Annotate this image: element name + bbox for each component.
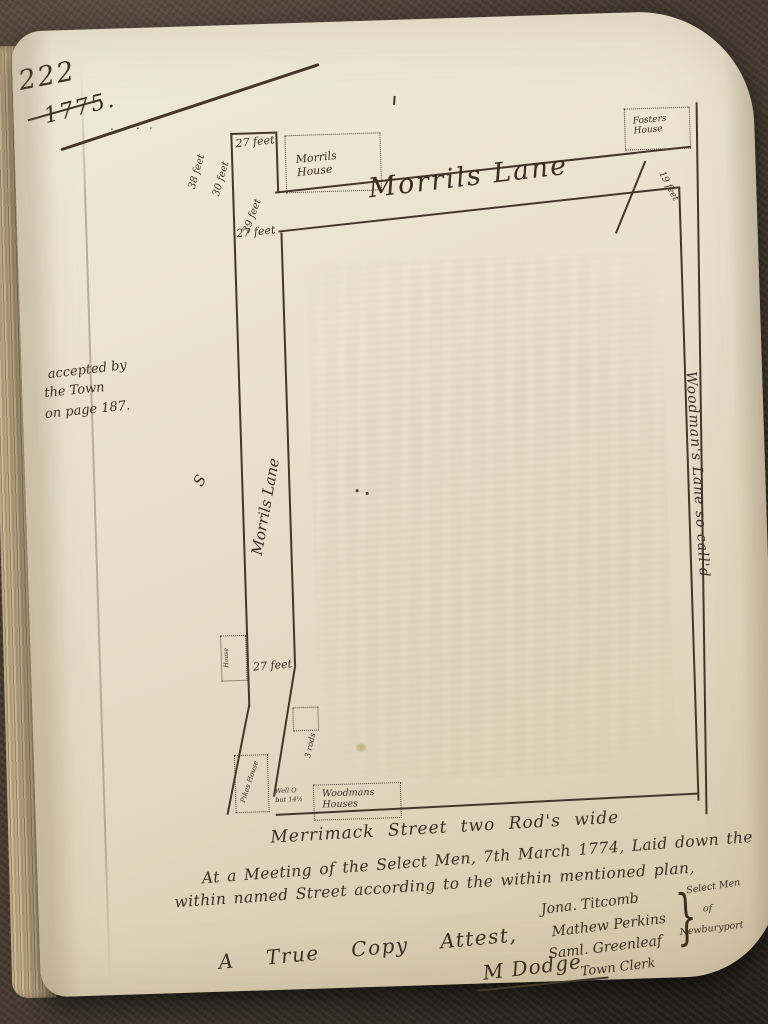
page-number: 222	[16, 56, 78, 97]
ink-dot-1	[356, 489, 359, 492]
year-trailing-dots: . . . .	[110, 119, 156, 133]
page-crease	[80, 66, 111, 986]
fosters-house-label: Fosters House	[632, 113, 680, 137]
well-note-line1: Well O	[275, 787, 297, 795]
plan-line-19feet-tick	[615, 161, 646, 234]
fosters-house-box: Fosters House	[624, 107, 691, 151]
right-lane-name: Woodman's Lane so call'd	[677, 294, 717, 654]
woodmans-houses-box: Woodmans Houses	[313, 782, 402, 821]
pikes-house-label: Pikes House	[239, 760, 260, 804]
empty-plot-box	[292, 707, 319, 732]
pikes-house-box: Pikes House	[234, 754, 270, 813]
left-lane-name: Morrils Lane	[243, 426, 288, 587]
measure-3-rods: 3 rods	[303, 732, 317, 759]
compass-south-letter: S	[190, 472, 210, 489]
attest-line: A True Copy Attest,	[218, 923, 519, 974]
stray-pen-tick	[393, 96, 395, 105]
plan-line-top-lane-lower	[278, 186, 680, 232]
morrils-house-label: Morrils House	[295, 148, 359, 179]
woodmans-houses-label: Woodmans Houses	[322, 787, 393, 811]
margin-note-line3: on page 187.	[44, 399, 131, 423]
small-house-box: House	[220, 635, 247, 682]
measure-38-feet: 38 feet	[187, 153, 208, 190]
plan-line-left-lane-inner-top	[275, 132, 278, 193]
measure-30-feet: 30 feet	[211, 160, 232, 197]
well-note-line2: but 14½	[275, 796, 303, 804]
year-label: 1775.	[41, 87, 118, 129]
measure-27-feet-below: 27 feet	[236, 224, 276, 241]
ink-bleed-through	[304, 252, 676, 783]
measure-27-feet-top: 27 feet	[235, 134, 275, 151]
margin-note-line2: the Town	[44, 381, 106, 402]
signers-role-line2: of	[703, 904, 713, 915]
margin-note-line1: accepted by	[47, 359, 128, 383]
plan-line-left-lane-inner-diagonal	[273, 666, 296, 797]
ink-dot-2	[366, 492, 369, 495]
top-lane-name: Morrils Lane	[367, 150, 570, 205]
manuscript-page: 222 1775. . . . . accepted by the Town o…	[11, 9, 768, 998]
signature-titcomb: Jona. Titcomb	[540, 890, 639, 918]
photo-background: 222 1775. . . . . accepted by the Town o…	[0, 0, 768, 1024]
small-house-label: House	[224, 648, 231, 668]
measure-27-feet-mid: 27 feet	[253, 658, 293, 674]
